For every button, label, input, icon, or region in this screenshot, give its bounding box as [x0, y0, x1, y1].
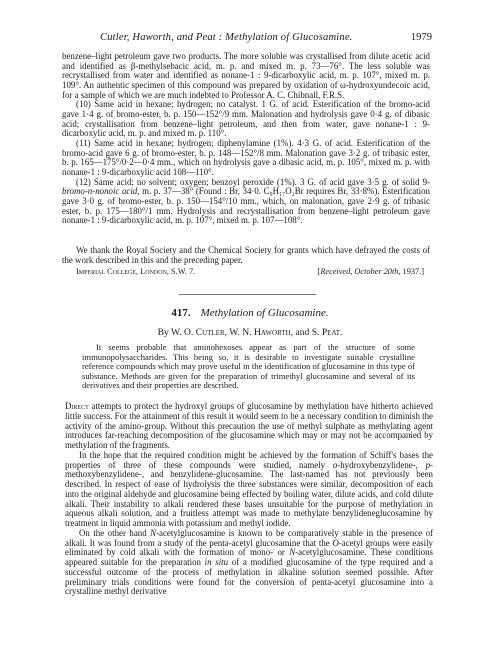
article-title: 417.Methylation of Glucosamine. — [0, 307, 500, 319]
author-haworth: Haworth — [254, 327, 291, 338]
paragraph-experiment-10: (10) Same acid in hexane; hydrogen; no c… — [62, 100, 430, 139]
abstract: It seems probable that aminohexoses appe… — [82, 343, 415, 391]
author-byline: By W. O. Cutler, W. N. Haworth, and S. P… — [0, 327, 500, 338]
body-paragraph-3: On the other hand N-acetylglucosamine is… — [65, 529, 433, 597]
acknowledgement: We thank the Royal Society and the Chemi… — [62, 246, 430, 265]
institution-address: Imperial College, London, S.W. 7. — [76, 267, 195, 276]
body-paragraph-1: Direct attempts to protect the hydroxyl … — [65, 402, 433, 451]
article-title-text: Methylation of Glucosamine. — [201, 307, 329, 319]
paragraph-continued: benzene–light petroleum gave two product… — [62, 52, 430, 100]
received-date: [Received, October 20th, 1937.] — [318, 267, 424, 276]
compound-name: bromo-n-nonoic acid — [62, 186, 137, 196]
author-peat: Peat — [322, 327, 340, 338]
section-divider — [179, 294, 316, 295]
running-header: Cutler, Haworth, and Peat : Methylation … — [62, 32, 432, 46]
journal-page: Cutler, Haworth, and Peat : Methylation … — [0, 0, 500, 672]
paragraph-experiment-12: (12) Same acid; no solvent; oxygen; benz… — [62, 178, 430, 226]
article-body: Direct attempts to protect the hydroxyl … — [65, 402, 433, 597]
article-number: 417. — [171, 307, 190, 319]
body-paragraph-2: In the hope that the required condition … — [65, 451, 433, 529]
previous-article-experimental: benzene–light petroleum gave two product… — [62, 52, 430, 226]
author-cutler: Cutler — [196, 327, 225, 338]
paragraph-experiment-11: (11) Same acid in hexane; hydrogen; diph… — [62, 139, 430, 178]
address-line: Imperial College, London, S.W. 7. [Recei… — [76, 267, 424, 277]
running-title: Cutler, Haworth, and Peat : Methylation … — [100, 32, 352, 43]
page-number: 1979 — [411, 32, 432, 43]
drop-lead-word: Direct — [65, 401, 89, 411]
